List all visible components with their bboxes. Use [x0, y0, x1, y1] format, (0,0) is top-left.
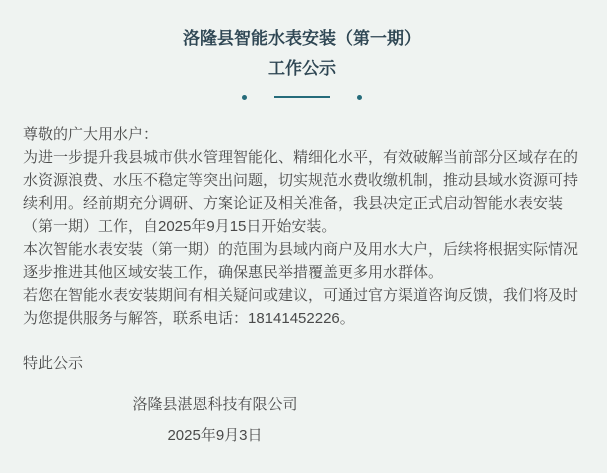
signature-date: 2025年9月3日	[23, 420, 407, 451]
divider-dot-right-icon	[357, 95, 362, 100]
paragraph-2: 本次智能水表安装（第一期）的范围为县域内商户及用水大户，后续将根据实际情况逐步推…	[23, 238, 581, 284]
paragraph-1: 为进一步提升我县城市供水管理智能化、精细化水平，有效破解当前部分区域存在的水资源…	[23, 146, 581, 238]
closing-statement: 特此公示	[23, 352, 581, 375]
divider-line	[274, 96, 330, 98]
notice-document: 洛隆县智能水表安装（第一期） 工作公示 尊敬的广大用水户： 为进一步提升我县城市…	[0, 0, 607, 473]
salutation: 尊敬的广大用水户：	[23, 123, 581, 146]
signature-block: 洛隆县湛恩科技有限公司 2025年9月3日	[23, 389, 407, 451]
notice-title-line1: 洛隆县智能水表安装（第一期）	[23, 24, 581, 54]
divider-dot-left-icon	[242, 95, 247, 100]
title-divider	[23, 92, 581, 102]
paragraph-3: 若您在智能水表安装期间有相关疑问或建议，可通过官方渠道咨询反馈，我们将及时为您提…	[23, 284, 581, 330]
notice-body: 尊敬的广大用水户： 为进一步提升我县城市供水管理智能化、精细化水平，有效破解当前…	[23, 123, 581, 330]
notice-title-line2: 工作公示	[23, 54, 581, 84]
page-title: 洛隆县智能水表安装（第一期） 工作公示	[23, 24, 581, 84]
signature-company: 洛隆县湛恩科技有限公司	[23, 389, 407, 420]
